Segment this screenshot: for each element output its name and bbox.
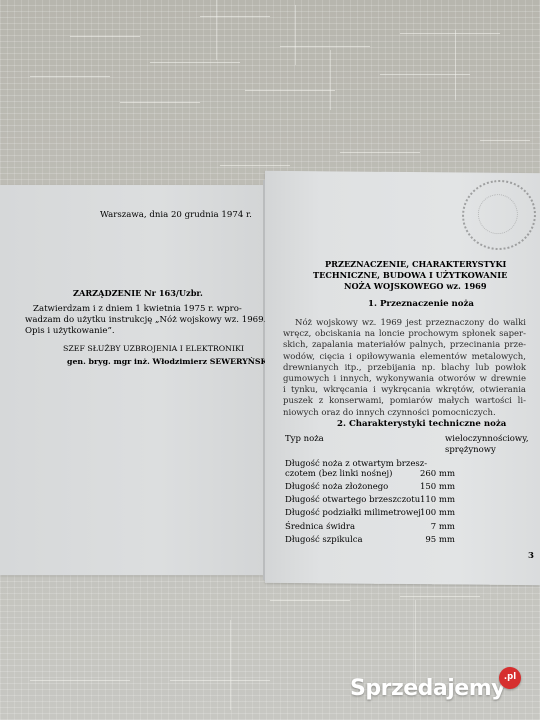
spec-value: wieloczynnościowy,: [445, 434, 529, 445]
spec-label: Długość szpikulca: [285, 535, 435, 546]
fabric-streak: [455, 30, 456, 100]
fabric-streak: [150, 62, 240, 63]
spec-value: 110 mm: [420, 495, 455, 506]
spec-value: 7 mm: [431, 522, 455, 533]
fabric-streak: [400, 33, 500, 34]
title-line: PRZEZNACZENIE, CHARAKTERYSTYKI: [325, 259, 506, 270]
paragraph-line: drewnianych itp., przebijania np. blachy…: [283, 363, 526, 374]
paragraph-line: skich, zapalania materiałów palnych, prz…: [283, 340, 526, 351]
sprzedajemy-watermark: Sprzedajemy: [350, 676, 505, 701]
paragraph-line: puszek z konserwami, pomiarów małych war…: [283, 396, 526, 407]
spec-label: Długość noża z otwartym brzesz-: [285, 459, 435, 470]
order-title: ZARZĄDZENIE Nr 163/Uzbr.: [73, 288, 203, 299]
fabric-streak: [220, 165, 290, 166]
fabric-streak: [295, 5, 296, 65]
paragraph-line: Nóż wojskowy wz. 1969 jest przeznaczony …: [283, 318, 526, 329]
title-line: NOŻA WOJSKOWEGO wz. 1969: [344, 281, 487, 292]
fabric-streak: [380, 74, 470, 75]
fabric-streak: [330, 50, 331, 110]
spec-value: 95 mm: [425, 535, 455, 546]
spec-label: Długość otwartego brzeszczotu: [285, 495, 435, 506]
fabric-streak: [230, 620, 231, 710]
spec-label: Średnica świdra: [285, 522, 435, 533]
fabric-streak: [280, 46, 370, 47]
paragraph-line: i tynku, wkręcania i wykręcania wkrętów,…: [283, 385, 526, 396]
fabric-streak: [200, 16, 270, 17]
section-1-paragraph: Nóż wojskowy wz. 1969 jest przeznaczony …: [283, 318, 526, 419]
fabric-streak: [400, 596, 480, 597]
fabric-streak: [170, 680, 270, 681]
order-text-line: Opis i użytkowanie”.: [25, 326, 115, 337]
spec-value: 260 mm: [420, 469, 455, 480]
paragraph-line: gumowych i innych, wykonywania otworów w…: [283, 374, 526, 385]
section-2-heading: 2. Charakterystyki techniczne noża: [337, 419, 506, 430]
paragraph-line: wodów, cięcia i opiłowywania elementów m…: [283, 352, 526, 363]
signatory-office: SZEF SŁUŻBY UZBROJENIA I ELEKTRONIKI: [63, 343, 244, 354]
fabric-streak: [340, 152, 420, 153]
spec-label: Długość noża złożonego: [285, 482, 435, 493]
fabric-streak: [245, 90, 335, 91]
spec-value: 150 mm: [420, 482, 455, 493]
fabric-streak: [30, 76, 110, 77]
spec-label: czotem (bez linki nośnej): [285, 469, 435, 480]
spec-label: Długość podziałki milimetrowej: [285, 508, 435, 519]
fabric-streak: [30, 680, 130, 681]
pl-badge-icon: .pl: [499, 667, 521, 689]
spec-value: sprężynowy: [445, 445, 496, 456]
signatory-name: gen. bryg. mgr inż. Włodzimierz SEWERYŃS…: [67, 356, 271, 367]
fabric-streak: [270, 600, 350, 601]
paragraph-line: niowych oraz do innych czynności pomocni…: [283, 408, 526, 419]
place-date: Warszawa, dnia 20 grudnia 1974 r.: [100, 210, 252, 221]
page-number: 3: [528, 551, 534, 562]
fabric-streak: [120, 102, 200, 103]
order-text-line: Zatwierdzam i z dniem 1 kwietnia 1975 r.…: [33, 304, 242, 315]
order-text-line: wadzam do użytku instrukcję „Nóż wojskow…: [25, 315, 266, 326]
title-line: TECHNICZNE, BUDOWA I UŻYTKOWANIE: [313, 270, 507, 281]
fabric-streak: [70, 36, 140, 37]
spec-label: Typ noża: [285, 434, 435, 445]
fabric-streak: [480, 140, 530, 141]
section-1-heading: 1. Przeznaczenie noża: [368, 299, 474, 310]
left-page: [0, 185, 264, 575]
fabric-streak: [216, 0, 217, 60]
spec-value: 100 mm: [420, 508, 455, 519]
paragraph-line: wręcz, obciskania na loncie prochowym sp…: [283, 329, 526, 340]
